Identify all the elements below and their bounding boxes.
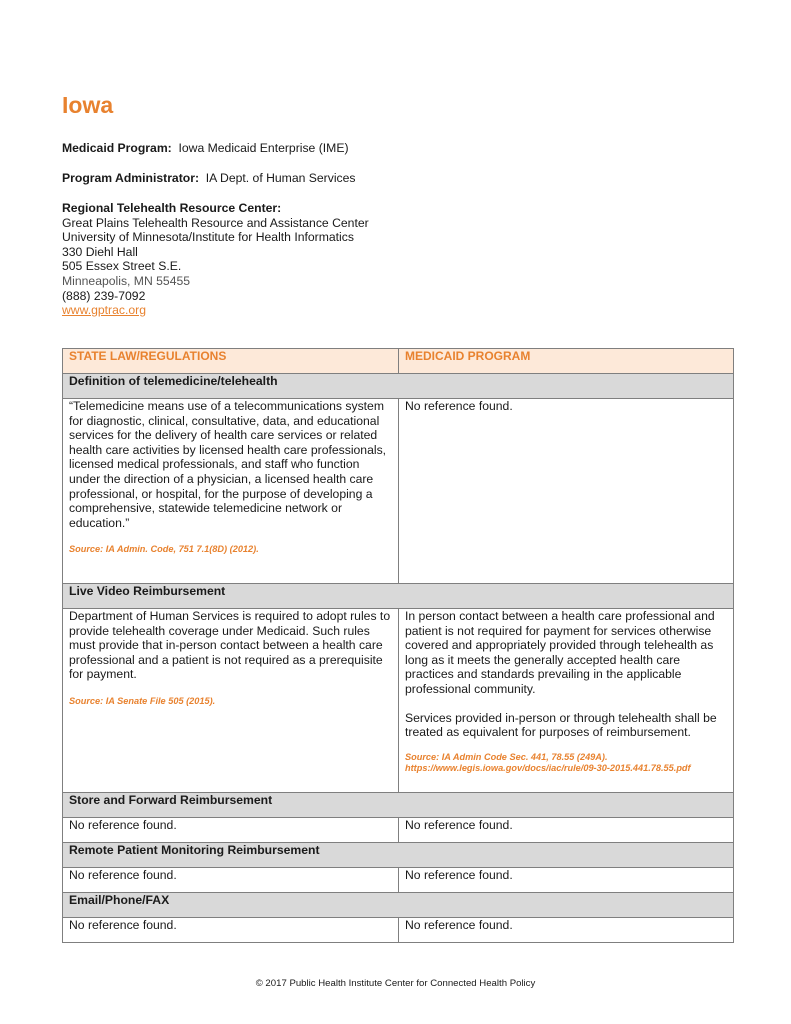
state-law-source: Source: IA Senate File 505 (2015). xyxy=(69,696,392,708)
medicaid-text: Services provided in-person or through t… xyxy=(405,711,727,740)
section-title-store-forward: Store and Forward Reimbursement xyxy=(63,793,734,818)
section-title-definition: Definition of telemedicine/telehealth xyxy=(63,374,734,399)
program-administrator-label: Program Administrator: xyxy=(62,171,199,185)
medicaid-program-line: Medicaid Program: Iowa Medicaid Enterpri… xyxy=(62,141,349,156)
section-header-row: Store and Forward Reimbursement xyxy=(63,793,734,818)
resource-center-phone: (888) 239-7092 xyxy=(62,289,369,304)
medicaid-cell: No reference found. xyxy=(399,399,734,584)
program-administrator-value: IA Dept. of Human Services xyxy=(206,171,356,185)
section-header-row: Remote Patient Monitoring Reimbursement xyxy=(63,843,734,868)
medicaid-cell: No reference found. xyxy=(399,918,734,943)
medicaid-text: In person contact between a health care … xyxy=(405,609,727,697)
medicaid-cell: No reference found. xyxy=(399,818,734,843)
medicaid-program-value: Iowa Medicaid Enterprise (IME) xyxy=(179,141,349,155)
table-row: Department of Human Services is required… xyxy=(63,609,734,793)
section-header-row: Live Video Reimbursement xyxy=(63,584,734,609)
section-title-email-phone-fax: Email/Phone/FAX xyxy=(63,893,734,918)
column-header-medicaid: MEDICAID PROGRAM xyxy=(399,349,734,374)
resource-center-city: Minneapolis, MN 55455 xyxy=(62,274,369,289)
table-row: No reference found. No reference found. xyxy=(63,918,734,943)
medicaid-program-label: Medicaid Program: xyxy=(62,141,172,155)
state-law-text: Department of Human Services is required… xyxy=(69,609,392,682)
program-administrator-line: Program Administrator: IA Dept. of Human… xyxy=(62,171,356,186)
state-law-cell: “Telemedicine means use of a telecommuni… xyxy=(63,399,399,584)
resource-center-org: University of Minnesota/Institute for He… xyxy=(62,230,369,245)
state-law-text: “Telemedicine means use of a telecommuni… xyxy=(69,399,392,530)
medicaid-cell: No reference found. xyxy=(399,868,734,893)
column-header-state-law: STATE LAW/REGULATIONS xyxy=(63,349,399,374)
section-header-row: Definition of telemedicine/telehealth xyxy=(63,374,734,399)
table-row: No reference found. No reference found. xyxy=(63,818,734,843)
state-law-cell: No reference found. xyxy=(63,918,399,943)
medicaid-cell: In person contact between a health care … xyxy=(399,609,734,793)
state-law-cell: No reference found. xyxy=(63,818,399,843)
medicaid-source-url[interactable]: https://www.legis.iowa.gov/docs/iac/rule… xyxy=(405,763,727,775)
table-row: No reference found. No reference found. xyxy=(63,868,734,893)
resource-center-website-link[interactable]: www.gptrac.org xyxy=(62,303,369,318)
resource-center-address2: 505 Essex Street S.E. xyxy=(62,259,369,274)
resource-center-block: Regional Telehealth Resource Center: Gre… xyxy=(62,201,369,318)
medicaid-text: No reference found. xyxy=(405,399,727,414)
resource-center-address1: 330 Diehl Hall xyxy=(62,245,369,260)
state-law-cell: Department of Human Services is required… xyxy=(63,609,399,793)
state-law-source: Source: IA Admin. Code, 751 7.1(8D) (201… xyxy=(69,544,392,556)
state-law-cell: No reference found. xyxy=(63,868,399,893)
medicaid-source-citation: Source: IA Admin Code Sec. 441, 78.55 (2… xyxy=(405,752,727,764)
section-title-remote-monitoring: Remote Patient Monitoring Reimbursement xyxy=(63,843,734,868)
policy-table: STATE LAW/REGULATIONS MEDICAID PROGRAM D… xyxy=(62,348,734,943)
footer-copyright: © 2017 Public Health Institute Center fo… xyxy=(0,978,791,989)
table-header-row: STATE LAW/REGULATIONS MEDICAID PROGRAM xyxy=(63,349,734,374)
table-row: “Telemedicine means use of a telecommuni… xyxy=(63,399,734,584)
section-title-live-video: Live Video Reimbursement xyxy=(63,584,734,609)
resource-center-name: Great Plains Telehealth Resource and Ass… xyxy=(62,216,369,231)
section-header-row: Email/Phone/FAX xyxy=(63,893,734,918)
medicaid-source: Source: IA Admin Code Sec. 441, 78.55 (2… xyxy=(405,752,727,775)
resource-center-label: Regional Telehealth Resource Center: xyxy=(62,201,369,216)
page-title: Iowa xyxy=(62,92,113,119)
